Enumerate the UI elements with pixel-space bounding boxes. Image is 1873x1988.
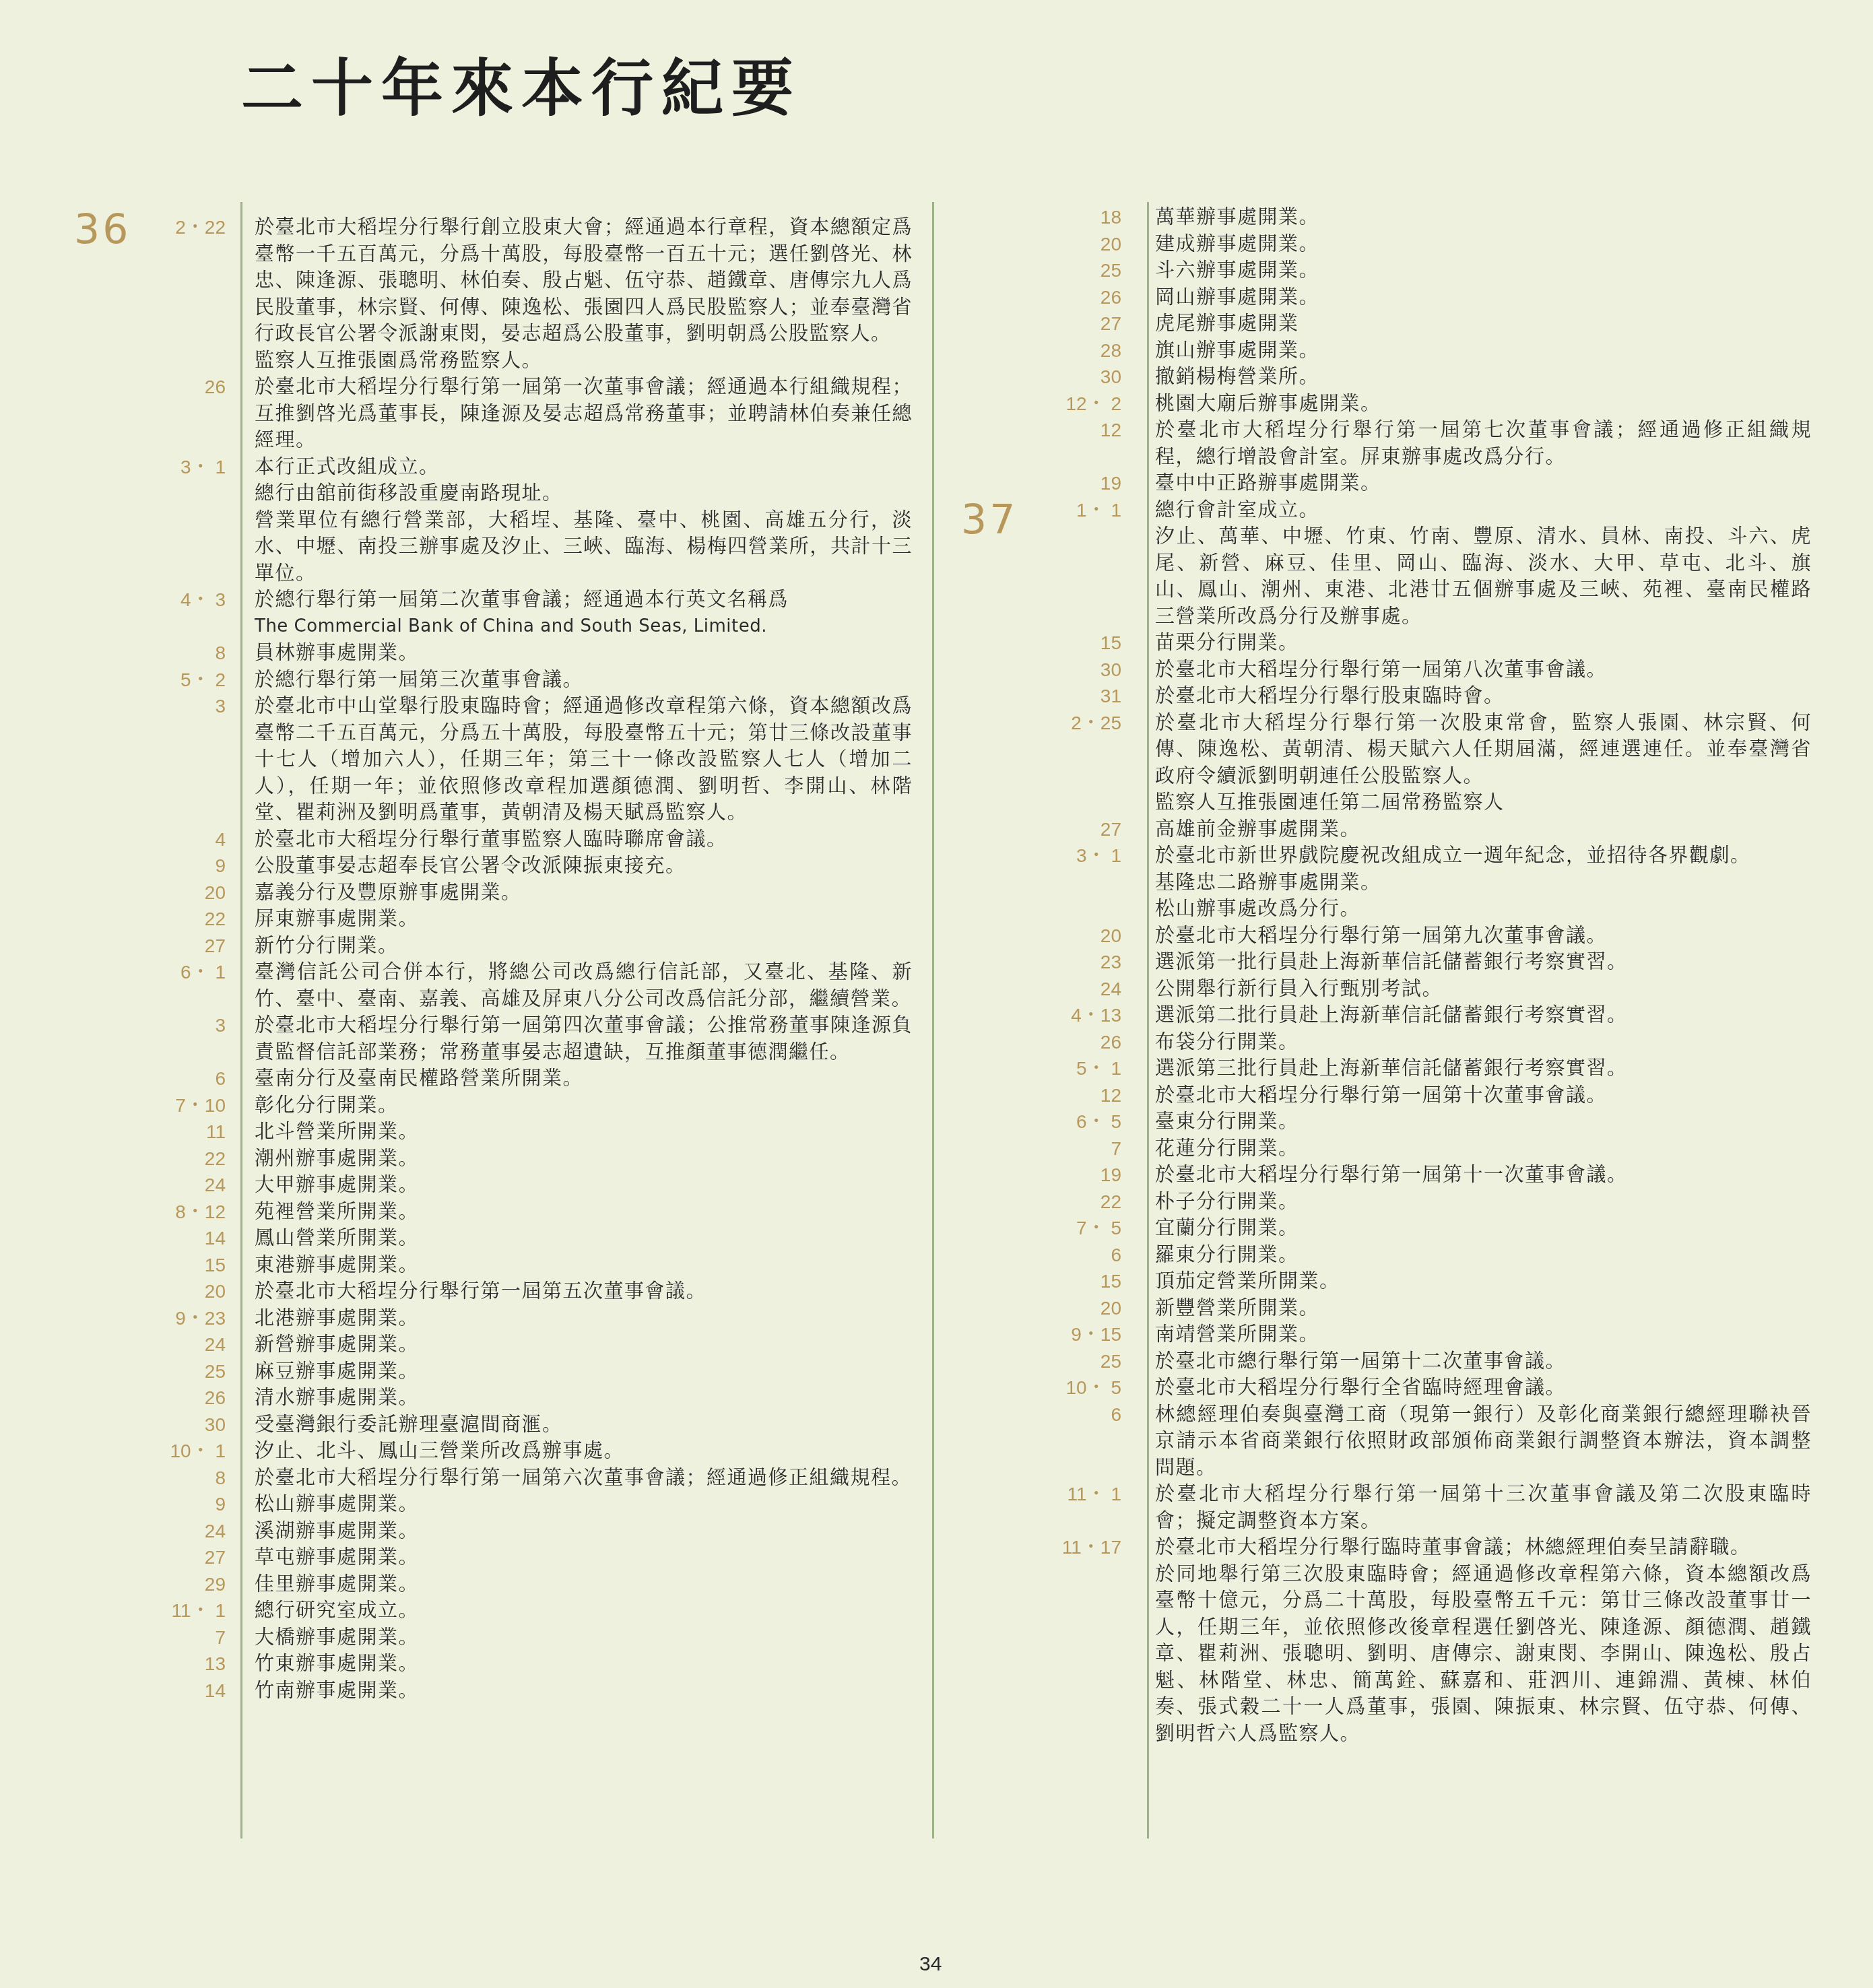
entry-date: 29	[101, 1571, 255, 1598]
entry-text: 公股董事晏志超奉長官公署令改派陳振東接充。	[255, 853, 913, 880]
entry-date: 25	[1034, 1348, 1155, 1375]
entry-date: 20	[101, 1278, 255, 1305]
entry-date: 3・ 1	[1034, 842, 1155, 869]
timeline-entry: 29佳里辦事處開業。	[101, 1571, 913, 1598]
entry-text: 新豐營業所開業。	[1155, 1295, 1812, 1322]
entry-text-body: 本行正式改組成立。	[255, 455, 440, 478]
entry-text-body: 鳳山營業所開業。	[255, 1226, 419, 1249]
entry-text: 彰化分行開業。	[255, 1092, 913, 1119]
entry-text: 於臺北市新世界戲院慶祝改組成立一週年紀念，並招待各界觀劇。	[1155, 842, 1812, 869]
entry-text-body: 旗山辦事處開業。	[1155, 339, 1319, 362]
entry-text: 羅東分行開業。	[1155, 1242, 1812, 1269]
entry-date: 6	[101, 1065, 255, 1092]
timeline-entry: 15頂茄定營業所開業。	[1034, 1268, 1812, 1295]
entry-text-body: 受臺灣銀行委託辦理臺滬間商滙。	[255, 1413, 563, 1436]
entry-text-body: 於臺北市大稻埕分行舉行第一屆第八次董事會議。	[1155, 658, 1607, 681]
entry-text-body: 於臺北市大稻埕分行舉行全省臨時經理會議。	[1155, 1376, 1566, 1399]
entry-date: 26	[1034, 1029, 1155, 1056]
entry-text: 高雄前金辦事處開業。	[1155, 816, 1812, 843]
timeline-entry: 6臺南分行及臺南民權路營業所開業。	[101, 1065, 913, 1092]
entry-text-body: 選派第二批行員赴上海新華信託儲蓄銀行考察實習。	[1155, 1003, 1628, 1026]
entry-text: 苗栗分行開業。	[1155, 630, 1812, 657]
timeline-entry: 3於臺北市大稻埕分行舉行第一屆第四次董事會議；公推常務董事陳逢源負責監督信託部業…	[101, 1012, 913, 1065]
timeline-entry: 20於臺北市大稻埕分行舉行第一屆第五次董事會議。	[101, 1278, 913, 1305]
entry-text-body: 宜蘭分行開業。	[1155, 1216, 1299, 1239]
timeline-entry: 27高雄前金辦事處開業。	[1034, 816, 1812, 843]
timeline-entry: 9松山辦事處開業。	[101, 1491, 913, 1518]
entry-text-body: 於同地舉行第三次股東臨時會；經通過修改章程第六條，資本總額改爲臺幣十億元，分爲二…	[1155, 1562, 1812, 1745]
entry-text-body: 苑裡營業所開業。	[255, 1200, 419, 1223]
timeline-entry: 20嘉義分行及豐原辦事處開業。	[101, 880, 913, 906]
entry-date: 23	[1034, 949, 1155, 976]
entry-text: 松山辦事處開業。	[255, 1491, 913, 1518]
timeline-entry: 22潮州辦事處開業。	[101, 1146, 913, 1172]
left-entries: 2・22於臺北市大稻埕分行舉行創立股東大會；經通過本行章程，資本總額定爲臺幣一千…	[101, 214, 913, 1704]
entry-date: 19	[1034, 470, 1155, 497]
entry-text: 北斗營業所開業。	[255, 1119, 913, 1146]
timeline-entry: 7・10彰化分行開業。	[101, 1092, 913, 1119]
entry-text: 於臺北市大稻埕分行舉行創立股東大會；經通過本行章程，資本總額定爲臺幣一千五百萬元…	[255, 214, 913, 347]
entry-text-body: 新豐營業所開業。	[1155, 1296, 1319, 1319]
entry-text: 於臺北市大稻埕分行舉行第一屆第五次董事會議。	[255, 1278, 913, 1305]
entry-text: 臺南分行及臺南民權路營業所開業。	[255, 1065, 913, 1092]
entry-text: 斗六辦事處開業。	[1155, 257, 1812, 284]
timeline-entry: 12於臺北市大稻埕分行舉行第一屆第七次董事會議；經通過修正組織規程，總行增設會計…	[1034, 417, 1812, 470]
timeline-entry: 27草屯辦事處開業。	[101, 1544, 913, 1571]
timeline-entry: 5・ 2於總行舉行第一屆第三次董事會議。	[101, 667, 913, 694]
timeline-entry: 20於臺北市大稻埕分行舉行第一屆第九次董事會議。	[1034, 923, 1812, 950]
timeline-entry: 27新竹分行開業。	[101, 933, 913, 960]
entry-text-body: 總行會計室成立。	[1155, 498, 1319, 521]
timeline-entry: 於同地舉行第三次股東臨時會；經通過修改章程第六條，資本總額改爲臺幣十億元，分爲二…	[1034, 1561, 1812, 1748]
timeline-entry: 9公股董事晏志超奉長官公署令改派陳振東接充。	[101, 853, 913, 880]
entry-date: 24	[101, 1172, 255, 1199]
entry-text: 監察人互推張園連任第二屆常務監察人	[1155, 789, 1812, 816]
entry-date: 3	[101, 693, 255, 826]
entry-date	[1034, 896, 1155, 923]
entry-date: 10・ 1	[101, 1438, 255, 1465]
entry-text-body: 於臺北市大稻埕分行舉行第一屆第五次董事會議。	[255, 1280, 707, 1302]
entry-text: 公開舉行新行員入行甄別考試。	[1155, 976, 1812, 1003]
entry-date: 11・17	[1034, 1534, 1155, 1561]
entry-text-body: 於總行舉行第一屆第三次董事會議。	[255, 668, 583, 691]
entry-date: 7・ 5	[1034, 1215, 1155, 1242]
entry-text-body: 公股董事晏志超奉長官公署令改派陳振東接充。	[255, 854, 686, 877]
entry-date: 26	[101, 1385, 255, 1412]
entry-date: 31	[1034, 683, 1155, 710]
right-entries: 18萬華辦事處開業。20建成辦事處開業。25斗六辦事處開業。26岡山辦事處開業。…	[1034, 204, 1812, 1747]
entry-date: 9・23	[101, 1305, 255, 1332]
entry-date: 6・ 5	[1034, 1108, 1155, 1135]
entry-date: 15	[1034, 1268, 1155, 1295]
entry-text-body: 東港辦事處開業。	[255, 1253, 419, 1276]
entry-text: 於臺北市大稻埕分行舉行第一屆第七次董事會議；經通過修正組織規程，總行增設會計室。…	[1155, 417, 1812, 470]
timeline-entry: 25斗六辦事處開業。	[1034, 257, 1812, 284]
entry-text: 於臺北市大稻埕分行舉行第一屆第十一次董事會議。	[1155, 1162, 1812, 1189]
entry-text: 選派第二批行員赴上海新華信託儲蓄銀行考察實習。	[1155, 1002, 1812, 1029]
entry-text: 苑裡營業所開業。	[255, 1199, 913, 1226]
entry-text: 於臺北市總行舉行第一屆第十二次董事會議。	[1155, 1348, 1812, 1375]
entry-date: 27	[101, 933, 255, 960]
entry-text: 花蓮分行開業。	[1155, 1135, 1812, 1162]
timeline-entry: 7大橋辦事處開業。	[101, 1624, 913, 1651]
entry-date: 26	[1034, 284, 1155, 311]
entry-date: 30	[101, 1412, 255, 1438]
entry-text: 本行正式改組成立。	[255, 454, 913, 481]
entry-text: 大橋辦事處開業。	[255, 1624, 913, 1651]
entry-date: 27	[101, 1544, 255, 1571]
entry-text: 林總經理伯奏與臺灣工商（現第一銀行）及彰化商業銀行總經理聯袂晉京請示本省商業銀行…	[1155, 1401, 1812, 1482]
entry-text: 汐止、北斗、鳳山三營業所改爲辦事處。	[255, 1438, 913, 1465]
entry-date: 7	[1034, 1135, 1155, 1162]
entry-date	[101, 480, 255, 507]
timeline-entry: 7花蓮分行開業。	[1034, 1135, 1812, 1162]
entry-text: 總行會計室成立。	[1155, 497, 1812, 524]
entry-text: 總行由舘前街移設重慶南路現址。	[255, 480, 913, 507]
entry-text: 溪湖辦事處開業。	[255, 1518, 913, 1545]
timeline-entry: 基隆忠二路辦事處開業。	[1034, 869, 1812, 896]
entry-text: 基隆忠二路辦事處開業。	[1155, 869, 1812, 896]
timeline-entry: 26於臺北市大稻埕分行舉行第一屆第一次董事會議；經通過本行組織規程；互推劉啓光爲…	[101, 374, 913, 454]
timeline-entry: 8於臺北市大稻埕分行舉行第一屆第六次董事會議；經通過修正組織規程。	[101, 1465, 913, 1492]
entry-text-body: 竹東辦事處開業。	[255, 1652, 419, 1675]
entry-text-body: 布袋分行開業。	[1155, 1030, 1299, 1053]
entry-text: 潮州辦事處開業。	[255, 1146, 913, 1172]
entry-text: 北港辦事處開業。	[255, 1305, 913, 1332]
entry-date: 28	[1034, 337, 1155, 364]
entry-text-body: 潮州辦事處開業。	[255, 1147, 419, 1170]
entry-text: 旗山辦事處開業。	[1155, 337, 1812, 364]
entry-date: 20	[101, 880, 255, 906]
entry-text: 朴子分行開業。	[1155, 1189, 1812, 1216]
timeline-entry: 11・17於臺北市大稻埕分行舉行臨時董事會議；林總經理伯奏呈請辭職。	[1034, 1534, 1812, 1561]
timeline-entry: 26清水辦事處開業。	[101, 1385, 913, 1412]
entry-date: 2・22	[101, 214, 255, 347]
entry-text-body: 新營辦事處開業。	[255, 1333, 419, 1356]
timeline-entry: 6林總經理伯奏與臺灣工商（現第一銀行）及彰化商業銀行總經理聯袂晉京請示本省商業銀…	[1034, 1401, 1812, 1482]
timeline-entry: 10・ 1汐止、北斗、鳳山三營業所改爲辦事處。	[101, 1438, 913, 1465]
entry-text-body: 彰化分行開業。	[255, 1094, 399, 1117]
entry-text: 選派第一批行員赴上海新華信託儲蓄銀行考察實習。	[1155, 949, 1812, 976]
timeline-entry: 6・ 1臺灣信託公司合併本行，將總公司改爲總行信託部，又臺北、基隆、新竹、臺中、…	[101, 959, 913, 1012]
entry-date: 10・ 5	[1034, 1374, 1155, 1401]
entry-text-body: 臺南分行及臺南民權路營業所開業。	[255, 1067, 583, 1090]
timeline-entry: 30撤銷楊梅營業所。	[1034, 364, 1812, 391]
page-number: 34	[919, 1953, 942, 1976]
entry-date: 11	[101, 1119, 255, 1146]
entry-text: 於臺北市大稻埕分行舉行第一屆第十次董事會議。	[1155, 1082, 1812, 1109]
timeline-entry: 26岡山辦事處開業。	[1034, 284, 1812, 311]
entry-date: 9・15	[1034, 1321, 1155, 1348]
entry-date: 7・10	[101, 1092, 255, 1119]
timeline-entry: 25於臺北市總行舉行第一屆第十二次董事會議。	[1034, 1348, 1812, 1375]
timeline-entry: 26布袋分行開業。	[1034, 1029, 1812, 1056]
entry-date: 12	[1034, 1082, 1155, 1109]
entry-text-body: 麻豆辦事處開業。	[255, 1360, 419, 1383]
entry-text: 建成辦事處開業。	[1155, 231, 1812, 258]
entry-date: 6	[1034, 1401, 1155, 1482]
timeline-entry: 24公開舉行新行員入行甄別考試。	[1034, 976, 1812, 1003]
entry-date: 25	[101, 1358, 255, 1385]
timeline-entry: 汐止、萬華、中壢、竹東、竹南、豐原、清水、員林、南投、斗六、虎尾、新營、麻豆、佳…	[1034, 523, 1812, 630]
timeline-entry: 30受臺灣銀行委託辦理臺滬間商滙。	[101, 1412, 913, 1438]
entry-date: 11・ 1	[101, 1597, 255, 1624]
entry-text-body: 北斗營業所開業。	[255, 1120, 419, 1143]
timeline-entry: 1・ 1總行會計室成立。	[1034, 497, 1812, 524]
entry-text-body: 佳里辦事處開業。	[255, 1572, 419, 1595]
entry-text-body: 臺灣信託公司合併本行，將總公司改爲總行信託部，又臺北、基隆、新竹、臺中、臺南、嘉…	[255, 960, 913, 1010]
entry-text: 營業單位有總行營業部，大稻埕、基隆、臺中、桃園、高雄五分行，淡水、中壢、南投三辦…	[255, 507, 913, 587]
entry-text: 於總行舉行第一屆第三次董事會議。	[255, 667, 913, 694]
entry-date: 5・ 1	[1034, 1055, 1155, 1082]
entry-date: 24	[1034, 976, 1155, 1003]
entry-date: 14	[101, 1225, 255, 1252]
entry-text-body: 於臺北市大稻埕分行舉行董事監察人臨時聯席會議。	[255, 828, 727, 851]
entry-text: 屏東辦事處開業。	[255, 906, 913, 933]
entry-text-body: 嘉義分行及豐原辦事處開業。	[255, 881, 522, 904]
entry-text: 於臺北市大稻埕分行舉行臨時董事會議；林總經理伯奏呈請辭職。	[1155, 1534, 1812, 1561]
entry-text-body: 於臺北市大稻埕分行舉行第一屆第十次董事會議。	[1155, 1084, 1607, 1106]
timeline-entry: 12・ 2桃園大廟后辦事處開業。	[1034, 391, 1812, 418]
entry-date: 24	[101, 1518, 255, 1545]
entry-text: 於臺北市大稻埕分行舉行董事監察人臨時聯席會議。	[255, 826, 913, 853]
entry-date: 12・ 2	[1034, 391, 1155, 418]
timeline-entry: 14竹南辦事處開業。	[101, 1678, 913, 1704]
entry-text-body: 羅東分行開業。	[1155, 1243, 1299, 1266]
entry-text: 臺東分行開業。	[1155, 1108, 1812, 1135]
timeline-entry: 9・23北港辦事處開業。	[101, 1305, 913, 1332]
timeline-entry: 11北斗營業所開業。	[101, 1119, 913, 1146]
timeline-entry: 23選派第一批行員赴上海新華信託儲蓄銀行考察實習。	[1034, 949, 1812, 976]
timeline-entry: 6羅東分行開業。	[1034, 1242, 1812, 1269]
entry-text-body: 撤銷楊梅營業所。	[1155, 365, 1319, 388]
timeline-entry: 2・25於臺北市大稻埕分行舉行第一次股東常會，監察人張園、林宗賢、何傳、陳逸松、…	[1034, 710, 1812, 790]
entry-text: 萬華辦事處開業。	[1155, 204, 1812, 231]
timeline-entry: 監察人互推張園爲常務監察人。	[101, 347, 913, 374]
entry-text: 監察人互推張園爲常務監察人。	[255, 347, 913, 374]
entry-date: 9	[101, 853, 255, 880]
entry-text-body: 於臺北市中山堂舉行股東臨時會；經通過修改章程第六條，資本總額改爲臺幣二千五百萬元…	[255, 694, 913, 824]
entry-text: 草屯辦事處開業。	[255, 1544, 913, 1571]
entry-text: 於臺北市大稻埕分行舉行第一屆第十三次董事會議及第二次股東臨時會；擬定調整資本方案…	[1155, 1481, 1812, 1534]
entry-date: 14	[101, 1678, 255, 1704]
entry-date: 25	[1034, 257, 1155, 284]
entry-text-body: 於臺北市大稻埕分行舉行第一屆第七次董事會議；經通過修正組織規程，總行增設會計室。…	[1155, 418, 1812, 468]
entry-text: 於臺北市大稻埕分行舉行第一屆第四次董事會議；公推常務董事陳逢源負責監督信託部業務…	[255, 1012, 913, 1065]
entry-text: 岡山辦事處開業。	[1155, 284, 1812, 311]
entry-text: 受臺灣銀行委託辦理臺滬間商滙。	[255, 1412, 913, 1438]
entry-text: 於臺北市大稻埕分行舉行全省臨時經理會議。	[1155, 1374, 1812, 1401]
entry-date: 6・ 1	[101, 959, 255, 1012]
entry-text: 布袋分行開業。	[1155, 1029, 1812, 1056]
entry-text: 於臺北市大稻埕分行舉行第一屆第八次董事會議。	[1155, 657, 1812, 684]
entry-date: 20	[1034, 923, 1155, 950]
timeline-entry: 25麻豆辦事處開業。	[101, 1358, 913, 1385]
entry-date: 8	[101, 1465, 255, 1492]
timeline-entry: 15苗栗分行開業。	[1034, 630, 1812, 657]
entry-text-body: 岡山辦事處開業。	[1155, 286, 1319, 308]
entry-text-body: 高雄前金辦事處開業。	[1155, 818, 1360, 840]
entry-date: 13	[101, 1651, 255, 1678]
entry-text-body: 桃園大廟后辦事處開業。	[1155, 392, 1381, 415]
english-bank-name: The Commercial Bank of China and South S…	[255, 614, 913, 640]
entry-text: 嘉義分行及豐原辦事處開業。	[255, 880, 913, 906]
entry-date	[1034, 869, 1155, 896]
entry-date: 11・ 1	[1034, 1481, 1155, 1534]
entry-text: 東港辦事處開業。	[255, 1252, 913, 1279]
timeline-entry: 30於臺北市大稻埕分行舉行第一屆第八次董事會議。	[1034, 657, 1812, 684]
entry-text: 撤銷楊梅營業所。	[1155, 364, 1812, 391]
entry-date: 22	[1034, 1189, 1155, 1216]
entry-date: 15	[101, 1252, 255, 1279]
entry-date	[1034, 789, 1155, 816]
timeline-entry: 20新豐營業所開業。	[1034, 1295, 1812, 1322]
entry-date: 26	[101, 374, 255, 454]
entry-text-body: 汐止、北斗、鳳山三營業所改爲辦事處。	[255, 1439, 624, 1462]
entry-date: 22	[101, 906, 255, 933]
entry-date: 30	[1034, 657, 1155, 684]
timeline-entry: 27虎尾辦事處開業	[1034, 310, 1812, 337]
entry-text-body: 林總經理伯奏與臺灣工商（現第一銀行）及彰化商業銀行總經理聯袂晉京請示本省商業銀行…	[1155, 1403, 1812, 1479]
entry-text-body: 營業單位有總行營業部，大稻埕、基隆、臺中、桃園、高雄五分行，淡水、中壢、南投三辦…	[255, 508, 913, 585]
entry-date: 15	[1034, 630, 1155, 657]
entry-text-body: 北港辦事處開業。	[255, 1306, 419, 1329]
entry-text-body: 於臺北市大稻埕分行舉行第一屆第九次董事會議。	[1155, 924, 1607, 947]
entry-text-body: 朴子分行開業。	[1155, 1190, 1299, 1213]
entry-text-body: 於臺北市總行舉行第一屆第十二次董事會議。	[1155, 1350, 1566, 1372]
entry-text-body: 於臺北市大稻埕分行舉行第一屆第四次董事會議；公推常務董事陳逢源負責監督信託部業務…	[255, 1014, 913, 1063]
entry-date: 9	[101, 1491, 255, 1518]
entry-text-body: 基隆忠二路辦事處開業。	[1155, 871, 1381, 894]
entry-date: 12	[1034, 417, 1155, 470]
entry-date: 3・ 1	[101, 454, 255, 481]
entry-text: 佳里辦事處開業。	[255, 1571, 913, 1598]
entry-date: 4・ 3	[101, 587, 255, 640]
entry-text: 於臺北市大稻埕分行舉行第一屆第九次董事會議。	[1155, 923, 1812, 950]
timeline-entry: 3於臺北市中山堂舉行股東臨時會；經通過修改章程第六條，資本總額改爲臺幣二千五百萬…	[101, 693, 913, 826]
timeline-entry: 22朴子分行開業。	[1034, 1189, 1812, 1216]
timeline-entry: 8・12苑裡營業所開業。	[101, 1199, 913, 1226]
entry-text-body: 汐止、萬華、中壢、竹東、竹南、豐原、清水、員林、南投、斗六、虎尾、新營、麻豆、佳…	[1155, 525, 1812, 628]
entry-text: 麻豆辦事處開業。	[255, 1358, 913, 1385]
entry-text: 汐止、萬華、中壢、竹東、竹南、豐原、清水、員林、南投、斗六、虎尾、新營、麻豆、佳…	[1155, 523, 1812, 630]
entry-date: 19	[1034, 1162, 1155, 1189]
timeline-entry: 4・13選派第二批行員赴上海新華信託儲蓄銀行考察實習。	[1034, 1002, 1812, 1029]
entry-text-body: 員林辦事處開業。	[255, 641, 419, 664]
entry-date: 30	[1034, 364, 1155, 391]
timeline-entry: 4於臺北市大稻埕分行舉行董事監察人臨時聯席會議。	[101, 826, 913, 853]
entry-text: 新營辦事處開業。	[255, 1331, 913, 1358]
entry-text-body: 於臺北市大稻埕分行舉行第一屆第六次董事會議；經通過修正組織規程。	[255, 1466, 912, 1489]
entry-text: 於臺北市大稻埕分行舉行第一屆第六次董事會議；經通過修正組織規程。	[255, 1465, 913, 1492]
timeline-entry: 3・ 1於臺北市新世界戲院慶祝改組成立一週年紀念，並招待各界觀劇。	[1034, 842, 1812, 869]
entry-text: 總行研究室成立。	[255, 1597, 913, 1624]
entry-date: 24	[101, 1331, 255, 1358]
timeline-entry: 24大甲辦事處開業。	[101, 1172, 913, 1199]
entry-text-body: 松山辦事處改爲分行。	[1155, 897, 1360, 920]
entry-text: 員林辦事處開業。	[255, 640, 913, 667]
entry-text-body: 溪湖辦事處開業。	[255, 1519, 419, 1542]
entry-text-body: 於臺北市新世界戲院慶祝改組成立一週年紀念，並招待各界觀劇。	[1155, 844, 1751, 867]
entry-text: 宜蘭分行開業。	[1155, 1215, 1812, 1242]
entry-text-body: 萬華辦事處開業。	[1155, 205, 1319, 228]
entry-text-body: 花蓮分行開業。	[1155, 1137, 1299, 1160]
entry-text-body: 屏東辦事處開業。	[255, 907, 419, 930]
entry-text: 松山辦事處改爲分行。	[1155, 896, 1812, 923]
entry-text: 清水辦事處開業。	[255, 1385, 913, 1412]
timeline-entry: 18萬華辦事處開業。	[1034, 204, 1812, 231]
entry-text-body: 於總行舉行第一屆第二次董事會議；經通過本行英文名稱爲	[255, 588, 789, 611]
entry-date: 22	[101, 1146, 255, 1172]
entry-date: 20	[1034, 231, 1155, 258]
entry-text: 臺中中正路辦事處開業。	[1155, 470, 1812, 497]
timeline-entry: 19臺中中正路辦事處開業。	[1034, 470, 1812, 497]
timeline-entry: 15東港辦事處開業。	[101, 1252, 913, 1279]
entry-date: 1・ 1	[1034, 497, 1155, 524]
entry-text: 虎尾辦事處開業	[1155, 310, 1812, 337]
entry-text: 桃園大廟后辦事處開業。	[1155, 391, 1812, 418]
entry-text-body: 於臺北市大稻埕分行舉行第一次股東常會，監察人張園、林宗賢、何傳、陳逸松、黃朝清、…	[1155, 711, 1812, 787]
entry-text-body: 於臺北市大稻埕分行舉行股東臨時會。	[1155, 684, 1505, 707]
timeline-entry: 11・ 1總行研究室成立。	[101, 1597, 913, 1624]
timeline-entry: 總行由舘前街移設重慶南路現址。	[101, 480, 913, 507]
entry-date	[101, 347, 255, 374]
entry-text-body: 於臺北市大稻埕分行舉行創立股東大會；經通過本行章程，資本總額定爲臺幣一千五百萬元…	[255, 216, 913, 345]
entry-text: 於臺北市大稻埕分行舉行第一屆第一次董事會議；經通過本行組織規程；互推劉啓光爲董事…	[255, 374, 913, 454]
entry-text-body: 大橋辦事處開業。	[255, 1626, 419, 1649]
entry-text: 於臺北市大稻埕分行舉行股東臨時會。	[1155, 683, 1812, 710]
entry-date: 3	[101, 1012, 255, 1065]
entry-date: 6	[1034, 1242, 1155, 1269]
entry-date: 8・12	[101, 1199, 255, 1226]
timeline-entry: 22屏東辦事處開業。	[101, 906, 913, 933]
entry-text-body: 南靖營業所開業。	[1155, 1323, 1319, 1346]
timeline-entry: 20建成辦事處開業。	[1034, 231, 1812, 258]
entry-text: 於臺北市中山堂舉行股東臨時會；經通過修改章程第六條，資本總額改爲臺幣二千五百萬元…	[255, 693, 913, 826]
entry-text-body: 總行研究室成立。	[255, 1599, 419, 1622]
page-title: 二十年來本行紀要	[241, 55, 801, 123]
entry-text-body: 大甲辦事處開業。	[255, 1173, 419, 1196]
entry-text: 大甲辦事處開業。	[255, 1172, 913, 1199]
entry-text: 於同地舉行第三次股東臨時會；經通過修改章程第六條，資本總額改爲臺幣十億元，分爲二…	[1155, 1561, 1812, 1748]
timeline-entry: 13竹東辦事處開業。	[101, 1651, 913, 1678]
entry-text: 鳳山營業所開業。	[255, 1225, 913, 1252]
entry-date: 7	[101, 1624, 255, 1651]
entry-date: 27	[1034, 310, 1155, 337]
entry-text-body: 臺東分行開業。	[1155, 1110, 1299, 1133]
timeline-entry: 松山辦事處改爲分行。	[1034, 896, 1812, 923]
timeline-entry: 2・22於臺北市大稻埕分行舉行創立股東大會；經通過本行章程，資本總額定爲臺幣一千…	[101, 214, 913, 347]
entry-text-body: 竹南辦事處開業。	[255, 1679, 419, 1702]
timeline-entry: 24新營辦事處開業。	[101, 1331, 913, 1358]
entry-date: 8	[101, 640, 255, 667]
entry-text-body: 草屯辦事處開業。	[255, 1546, 419, 1568]
entry-text: 臺灣信託公司合併本行，將總公司改爲總行信託部，又臺北、基隆、新竹、臺中、臺南、嘉…	[255, 959, 913, 1012]
entry-date: 4	[101, 826, 255, 853]
entry-text-body: 監察人互推張園爲常務監察人。	[255, 349, 542, 372]
timeline-entry: 9・15南靖營業所開業。	[1034, 1321, 1812, 1348]
entry-text: 新竹分行開業。	[255, 933, 913, 960]
entry-date: 18	[1034, 204, 1155, 231]
entry-text: 南靖營業所開業。	[1155, 1321, 1812, 1348]
entry-date	[101, 507, 255, 587]
entry-text: 頂茄定營業所開業。	[1155, 1268, 1812, 1295]
entry-text-body: 於臺北市大稻埕分行舉行第一屆第一次董事會議；經通過本行組織規程；互推劉啓光爲董事…	[255, 375, 913, 451]
timeline-entry: 3・ 1本行正式改組成立。	[101, 454, 913, 481]
entry-date	[1034, 1561, 1155, 1748]
timeline-entry: 19於臺北市大稻埕分行舉行第一屆第十一次董事會議。	[1034, 1162, 1812, 1189]
entry-date: 27	[1034, 816, 1155, 843]
